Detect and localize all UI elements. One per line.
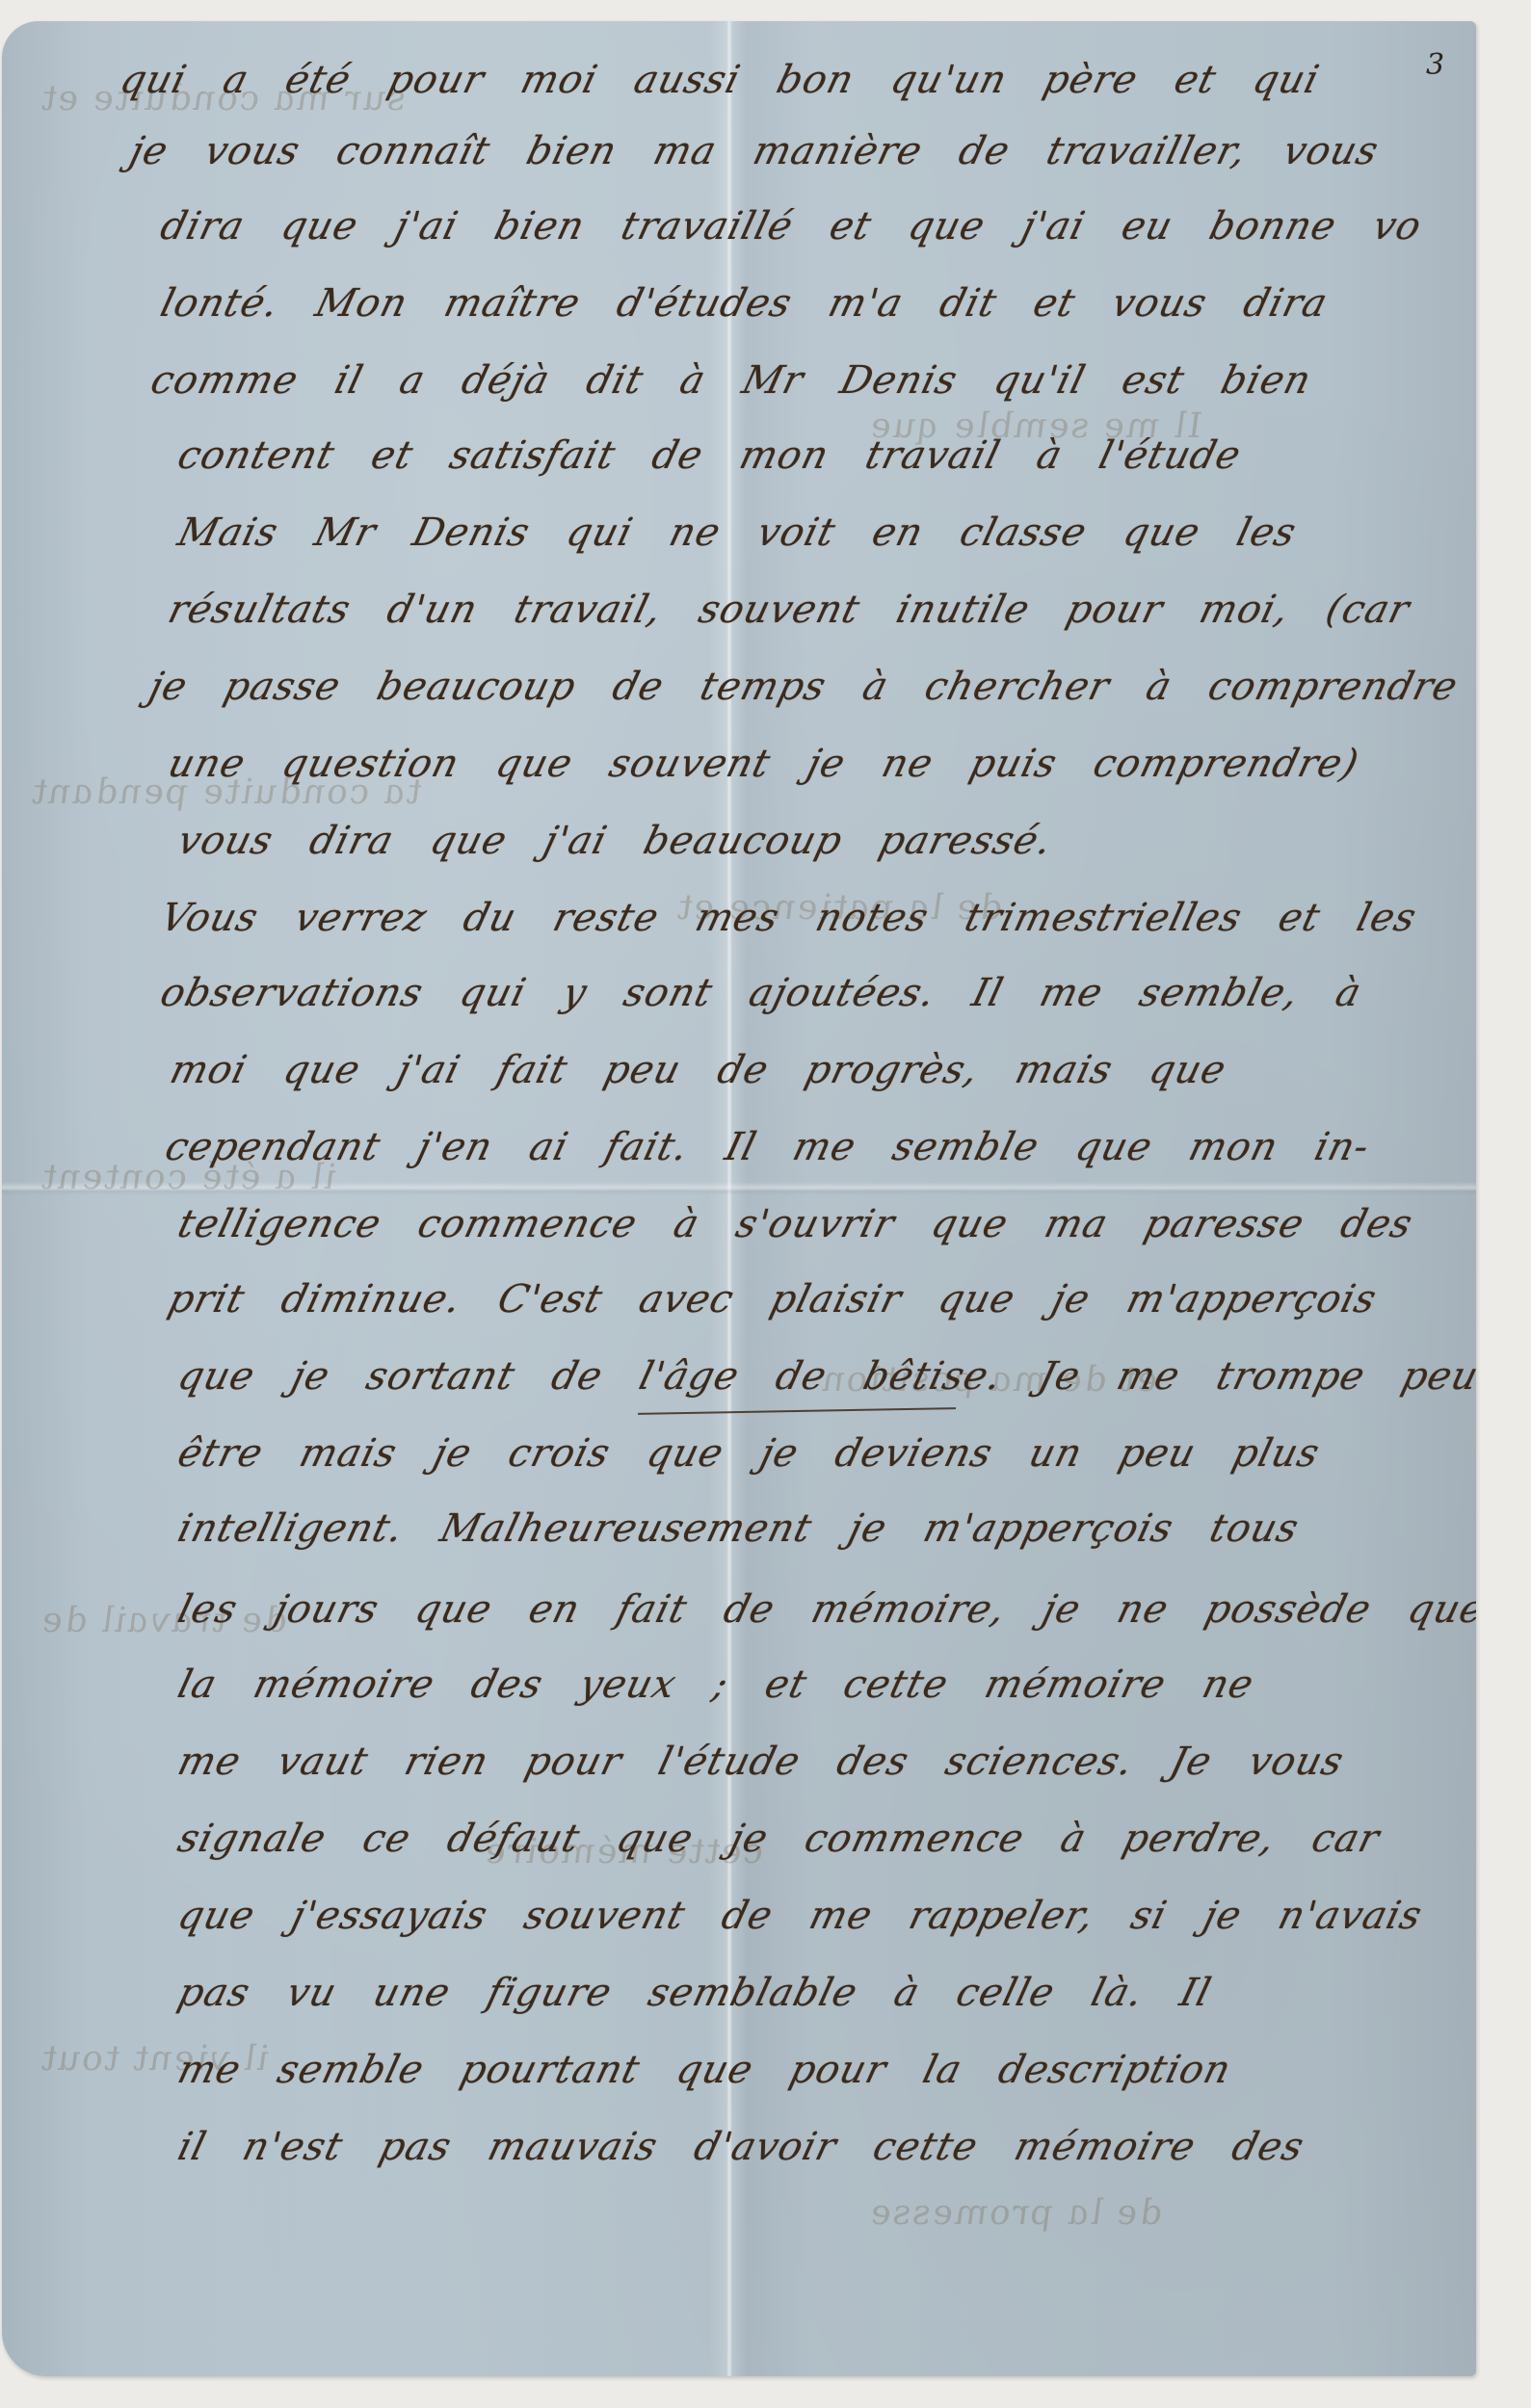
letter-line: dira que j'ai bien travaillé et que j'ai… (156, 204, 1476, 249)
letter-line: me semble pourtant que pour la descripti… (173, 2048, 1476, 2092)
letter-line: content et satisfait de mon travail à l'… (173, 433, 1476, 478)
underline-mark (638, 1407, 956, 1415)
letter-line: les jours que en fait de mémoire, je ne … (173, 1587, 1476, 1632)
letter-line: pas vu une figure semblable à celle là. … (173, 1971, 1476, 2015)
letter-sheet: sur ma conduite et Il me semble que ta c… (2, 21, 1476, 2376)
letter-line: observations qui y sont ajoutées. Il me … (156, 971, 1476, 1015)
letter-line: signale ce défaut que je commence à perd… (173, 1817, 1476, 1861)
letter-line: que je sortant de l'âge de bêtise. Je me… (173, 1354, 1476, 1399)
letter-line: la mémoire des yeux ; et cette mémoire n… (173, 1662, 1476, 1707)
letter-line: une question que souvent je ne puis comp… (164, 742, 1476, 786)
letter-line: que j'essayais souvent de me rappeler, s… (173, 1894, 1476, 1938)
letter-line: Mais Mr Denis qui ne voit en classe que … (173, 510, 1476, 555)
letter-line: comme il a déjà dit à Mr Denis qu'il est… (146, 358, 1476, 403)
letter-line: je passe beaucoup de temps à chercher à … (145, 665, 1475, 709)
letter-line: résultats d'un travail, souvent inutile … (164, 588, 1476, 632)
letter-line: lonté. Mon maître d'études m'a dit et vo… (156, 281, 1476, 326)
horizontal-fold-crease (2, 1182, 1476, 1195)
letter-line: vous dira que j'ai beaucoup paressé. (173, 819, 1476, 863)
letter-line: Vous verrez du reste mes notes trimestri… (156, 896, 1476, 940)
letter-line: telligence commence à s'ouvrir que ma pa… (173, 1202, 1476, 1246)
letter-line: moi que j'ai fait peu de progrès, mais q… (166, 1048, 1476, 1092)
letter-line: prit diminue. C'est avec plaisir que je … (164, 1277, 1476, 1322)
letter-line: qui a été pour moi aussi bon qu'un père … (116, 58, 1446, 102)
letter-line: il n'est pas mauvais d'avoir cette mémoi… (173, 2125, 1476, 2169)
letter-line: je vous connaît bien ma manière de trava… (125, 129, 1456, 173)
letter-line: me vaut rien pour l'étude des sciences. … (173, 1740, 1476, 1784)
letter-line: être mais je crois que je deviens un peu… (173, 1431, 1476, 1476)
letter-line: cependant j'en ai fait. Il me semble que… (161, 1125, 1476, 1169)
letter-line: intelligent. Malheureusement je m'apperç… (173, 1506, 1476, 1551)
